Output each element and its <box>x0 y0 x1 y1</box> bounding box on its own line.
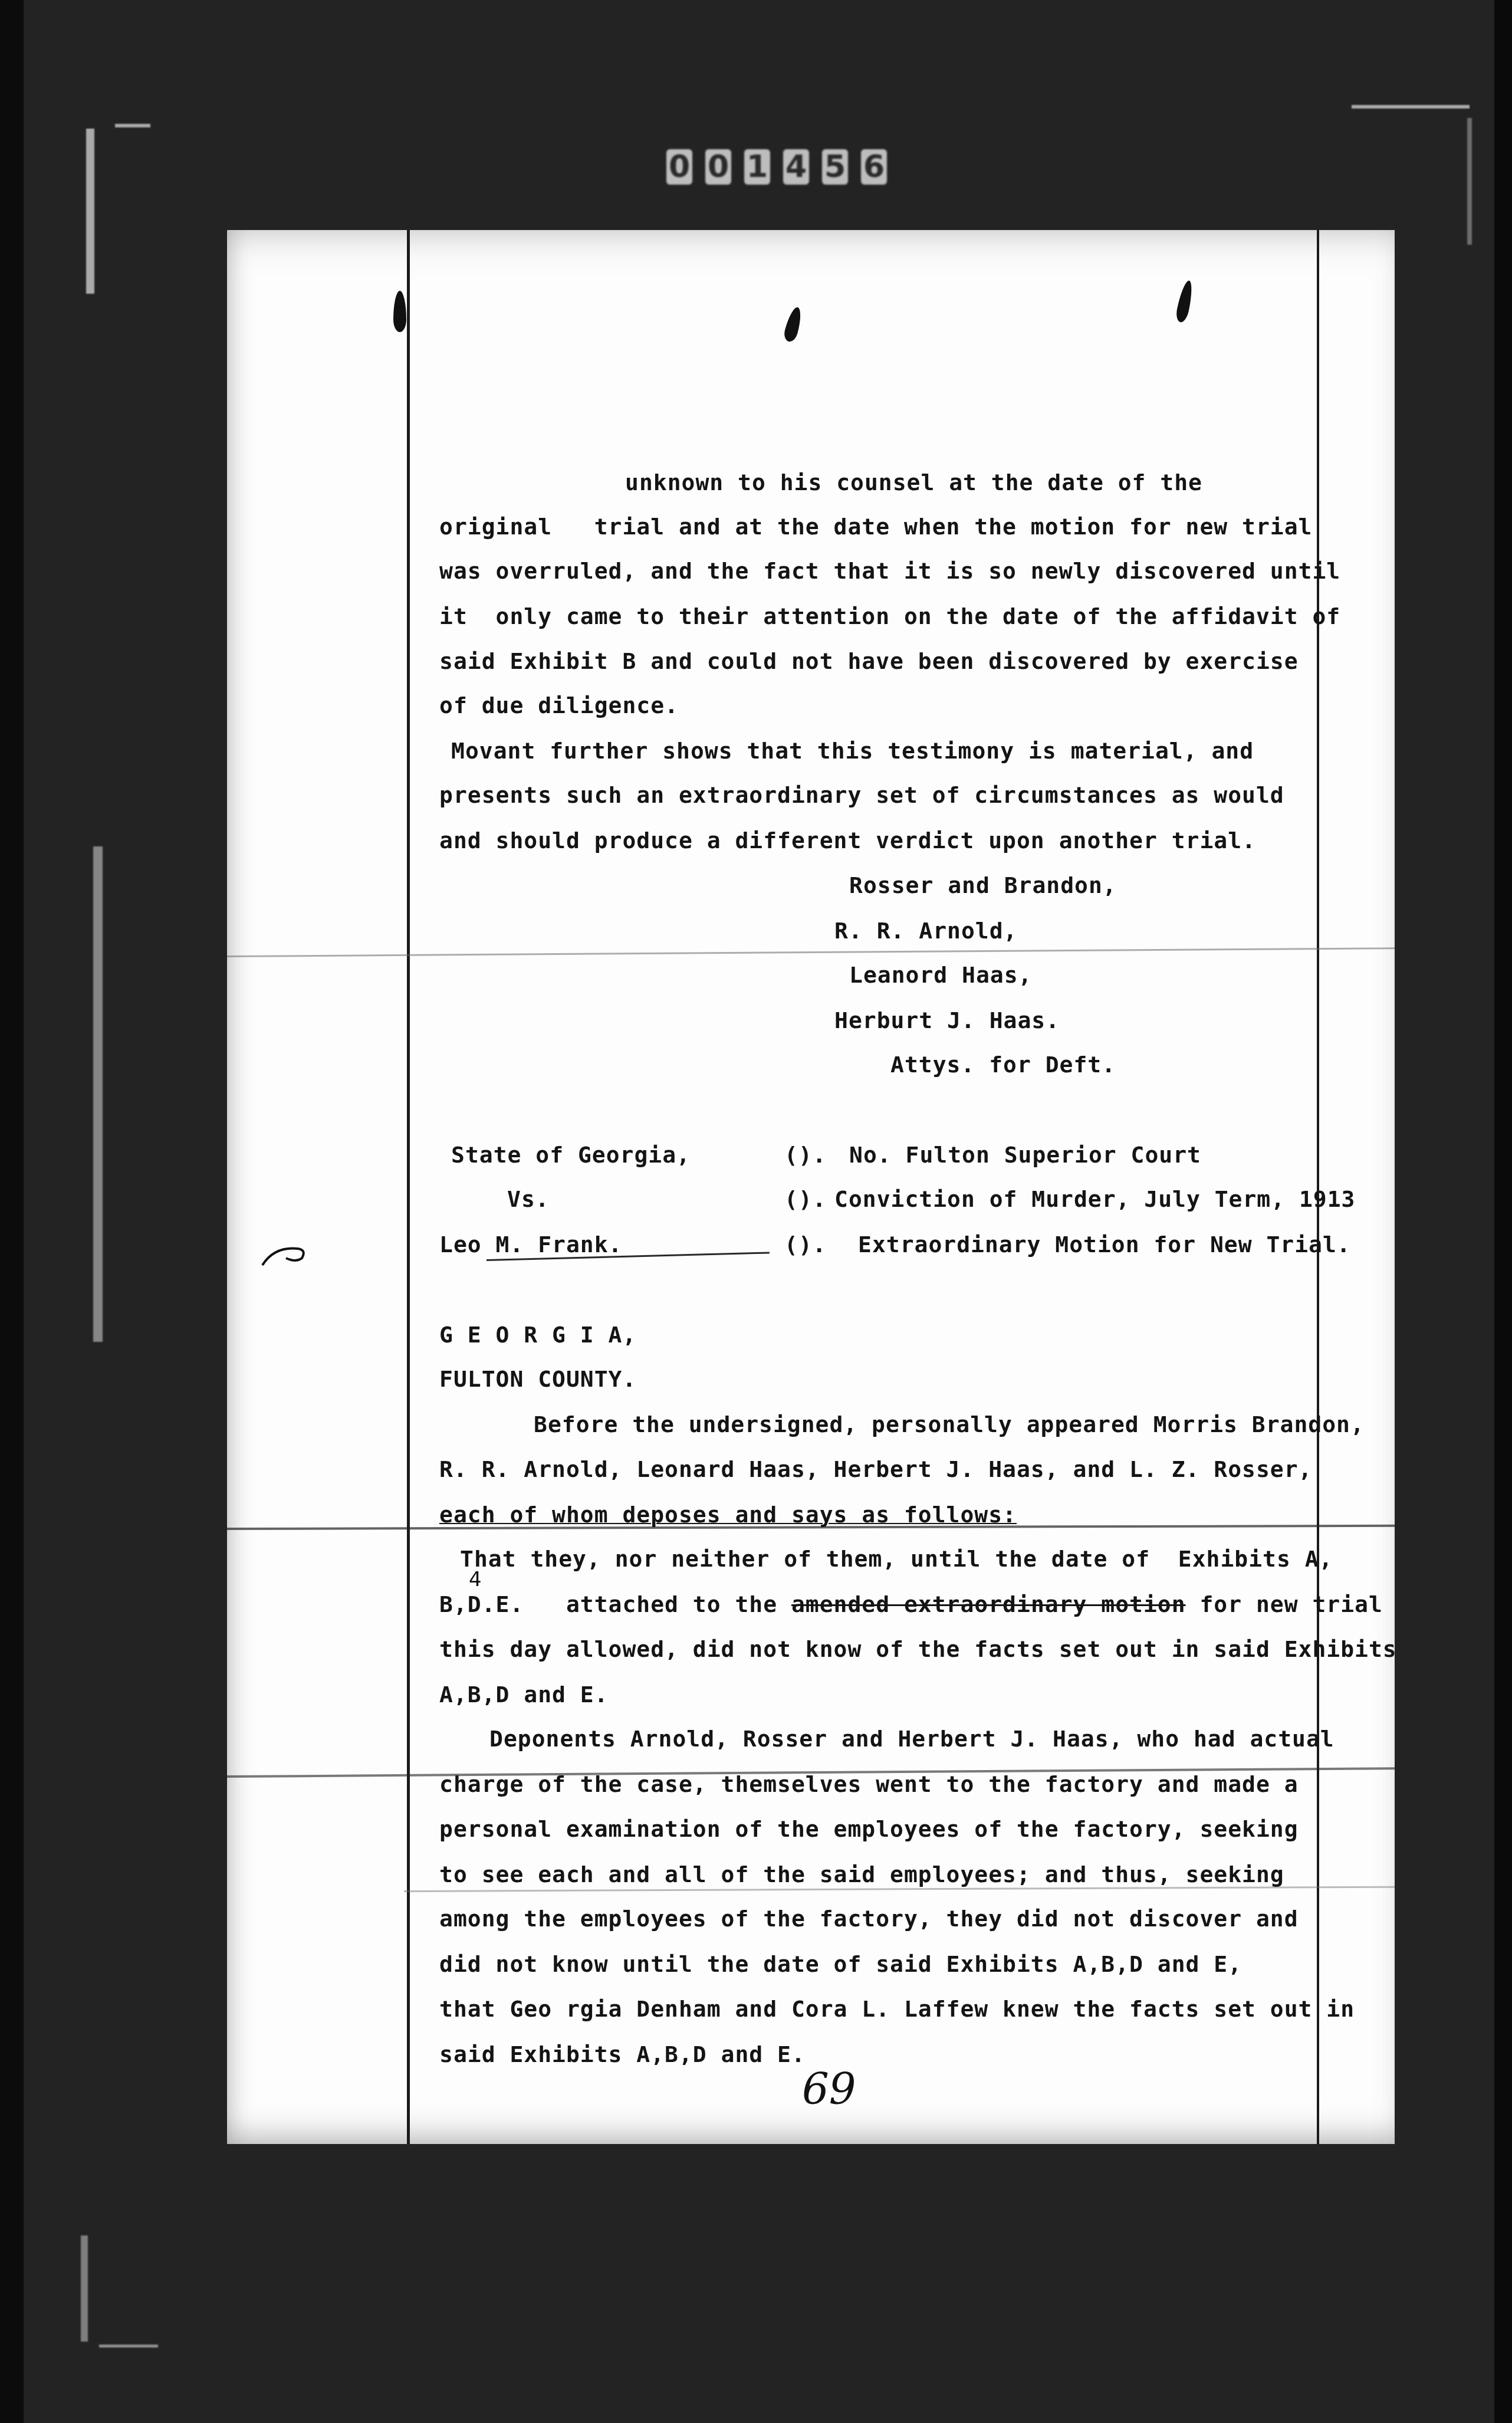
body-text-line: charge of the case, themselves went to t… <box>439 1771 1299 1798</box>
insertion-mark: 4 <box>469 1568 482 1591</box>
caption-separator: (). <box>784 1231 827 1258</box>
caption-party: State of Georgia, <box>451 1141 691 1168</box>
signature-line: Rosser and Brandon, <box>849 872 1117 899</box>
body-text-line: That they, nor neither of them, until th… <box>460 1545 1333 1572</box>
stamp-digit: 0 <box>705 149 731 185</box>
body-text-line: presents such an extraordinary set of ci… <box>439 782 1284 809</box>
caption-party: Vs. <box>507 1186 550 1213</box>
stamp-digit: 0 <box>666 149 692 185</box>
caption-detail: Conviction of Murder, July Term, 1913 <box>834 1186 1355 1213</box>
body-text-line: personal examination of the employees of… <box>439 1815 1299 1843</box>
document-page: unknown to his counsel at the date of th… <box>227 230 1395 2144</box>
body-text-line: this day allowed, did not know of the fa… <box>439 1636 1397 1663</box>
caption-detail: No. Fulton Superior Court <box>849 1141 1201 1168</box>
signature-line: Herburt J. Haas. <box>834 1007 1060 1034</box>
venue-county: FULTON COUNTY. <box>439 1365 636 1393</box>
body-text-line: said Exhibits A,B,D and E. <box>439 2041 806 2068</box>
body-text-line: among the employees of the factory, they… <box>439 1905 1299 1932</box>
body-text-line: to see each and all of the said employee… <box>439 1861 1284 1888</box>
margin-arrow-mark <box>259 1242 313 1268</box>
film-scratch <box>81 2235 88 2342</box>
body-text-line: unknown to his counsel at the date of th… <box>625 469 1202 496</box>
film-edge-right <box>1494 0 1512 2423</box>
body-text-line: said Exhibit B and could not have been d… <box>439 648 1299 675</box>
film-scratch <box>93 846 103 1342</box>
film-scratch <box>99 2345 158 2348</box>
body-text-line: Movant further shows that this testimony… <box>451 737 1254 764</box>
body-text-line: was overruled, and the fact that it is s… <box>439 557 1340 585</box>
body-text-line: A,B,D and E. <box>439 1681 609 1708</box>
ink-blot <box>393 291 406 332</box>
film-scratch <box>1467 118 1472 245</box>
body-text-line: B,D.E. attached to the amended extraordi… <box>439 1591 1383 1618</box>
stamp-digit: 5 <box>822 149 848 185</box>
stamp-digit: 4 <box>783 149 809 185</box>
stamp-digit: 6 <box>861 149 887 185</box>
caption-detail: Extraordinary Motion for New Trial. <box>858 1231 1351 1258</box>
fold-line <box>227 947 1395 957</box>
body-text-line: did not know until the date of said Exhi… <box>439 1951 1242 1978</box>
signature-line: Attys. for Deft. <box>890 1051 1116 1078</box>
film-scratch <box>1352 105 1470 109</box>
ink-blot <box>1175 280 1195 324</box>
body-text-line: Deponents Arnold, Rosser and Herbert J. … <box>489 1725 1334 1752</box>
signature-line: R. R. Arnold, <box>834 917 1017 944</box>
caption-party: Leo M. Frank. <box>439 1231 622 1258</box>
film-edge-left <box>0 0 24 2423</box>
body-text-line: and should produce a different verdict u… <box>439 827 1256 854</box>
line-prefix: B,D.E. attached to the <box>439 1591 791 1617</box>
body-text-line: each of whom deposes and says as follows… <box>439 1501 1017 1528</box>
left-margin-rule <box>407 230 410 2144</box>
ink-blot <box>783 306 804 343</box>
signature-line: Leanord Haas, <box>849 961 1032 989</box>
body-text-line: that Geo rgia Denham and Cora L. Laffew … <box>439 1995 1355 2023</box>
caption-separator: (). <box>784 1186 827 1213</box>
body-text-line: original trial and at the date when the … <box>439 513 1312 540</box>
body-text-line: it only came to their attention on the d… <box>439 603 1340 630</box>
film-scratch <box>115 124 150 127</box>
struck-text: amended extraordinary motion <box>791 1591 1186 1617</box>
film-scratch <box>86 129 94 294</box>
frame-stamp-number: 0 0 1 4 5 6 <box>666 146 887 188</box>
body-text-line: R. R. Arnold, Leonard Haas, Herbert J. H… <box>439 1456 1312 1483</box>
handwritten-page-number: 69 <box>802 2064 856 2114</box>
body-text-line: of due diligence. <box>439 692 679 719</box>
stamp-digit: 1 <box>744 149 770 185</box>
venue-state: G E O R G I A, <box>439 1321 636 1348</box>
line-suffix: for new trial <box>1186 1591 1383 1617</box>
body-text-line: Before the undersigned, personally appea… <box>534 1411 1365 1438</box>
caption-separator: (). <box>784 1141 827 1168</box>
